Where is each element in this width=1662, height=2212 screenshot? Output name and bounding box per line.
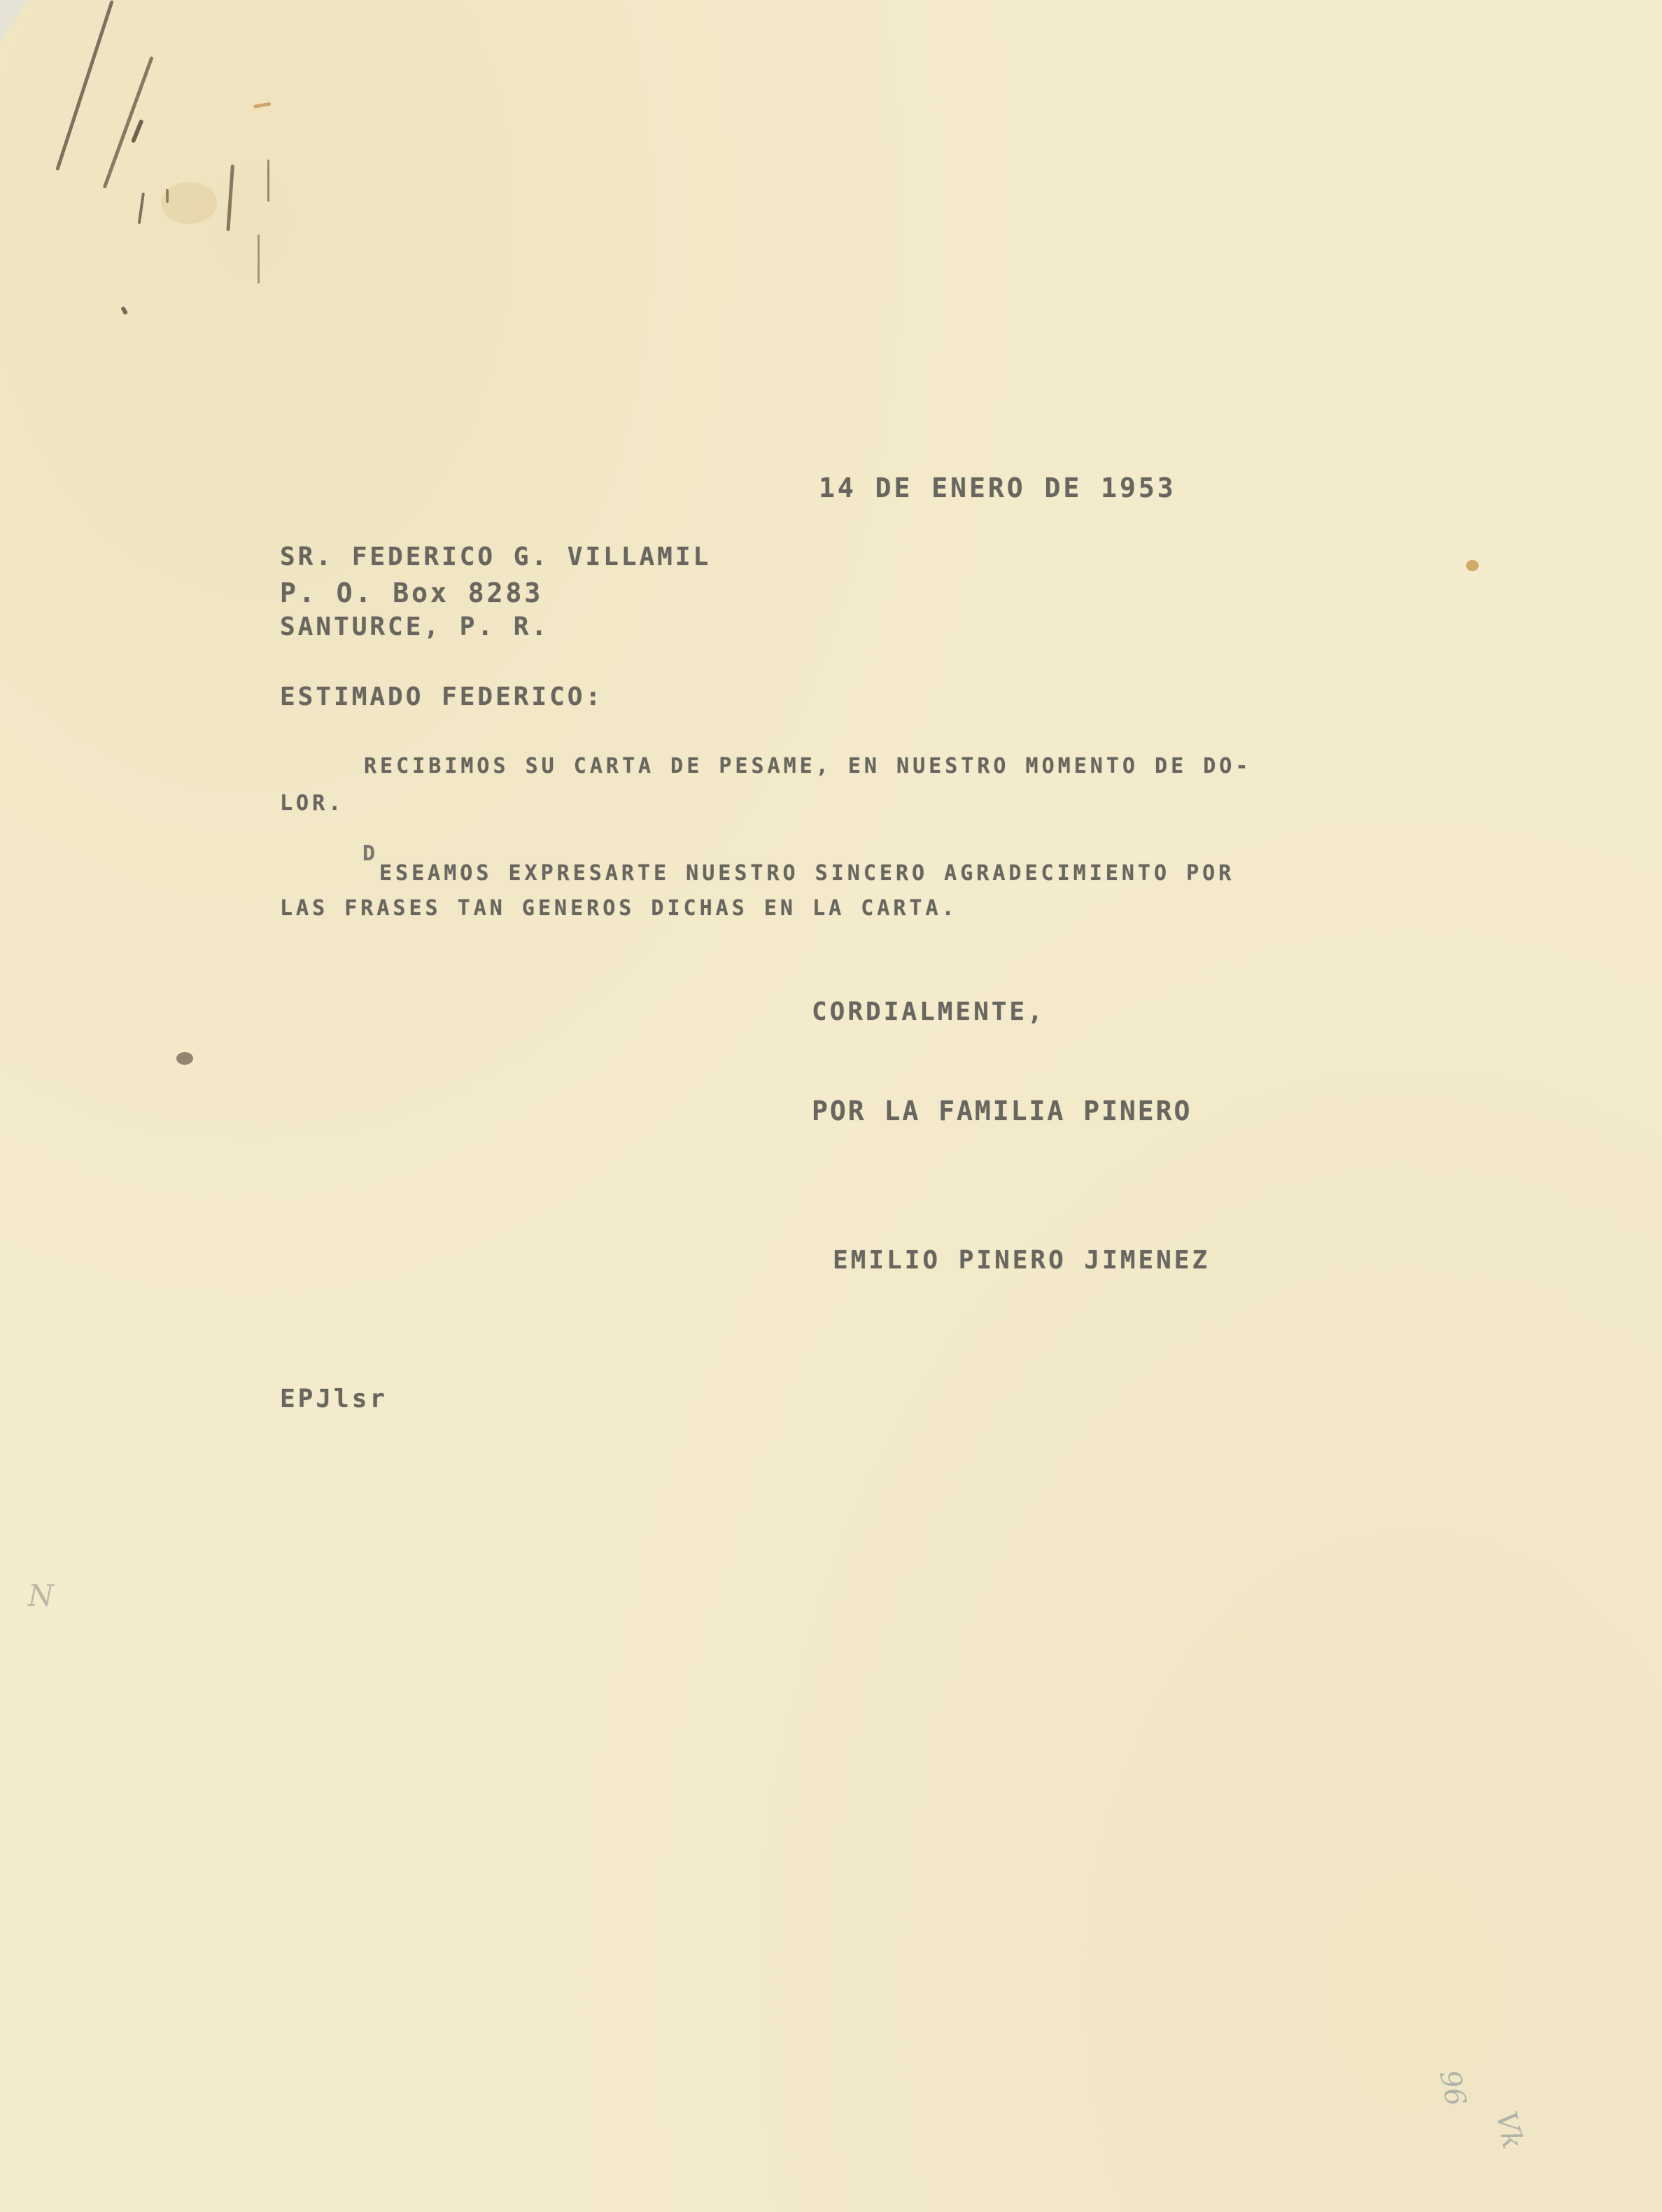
rust-stain <box>253 102 271 108</box>
signer-name: Emilio Pinero Jimenez <box>833 1246 1210 1275</box>
ink-stroke <box>267 160 269 202</box>
recipient-city: Santurce, P. R. <box>280 612 549 641</box>
pencil-annotation: 96 <box>1433 2067 1472 2108</box>
ink-stroke <box>120 306 128 315</box>
on-behalf-of: Por la Familia Pinero <box>812 1095 1192 1126</box>
closing: Cordialmente, <box>812 997 1045 1026</box>
corner-fold <box>0 0 28 42</box>
body-paragraph-2-line-2: las frases tan generos dichas en la cart… <box>280 896 958 920</box>
reference-initials: EPJlsr <box>280 1385 388 1413</box>
salutation: Estimado Federico: <box>280 682 603 711</box>
letter-date: 14 de enero de 1953 <box>819 472 1176 503</box>
dark-stain <box>176 1052 193 1065</box>
ink-stroke <box>138 192 145 224</box>
foxing-stain <box>161 182 217 224</box>
body-paragraph-2-initial: D <box>362 841 378 866</box>
recipient-po-box: P. O. Box 8283 <box>280 577 543 608</box>
recipient-name: Sr. Federico G. Villamil <box>280 542 711 571</box>
pencil-annotation: Vk <box>1490 2108 1529 2152</box>
rust-stain <box>1466 560 1479 571</box>
ink-stroke <box>131 119 144 143</box>
ink-stroke <box>258 234 260 283</box>
letter-page: 14 de enero de 1953 Sr. Federico G. Vill… <box>0 0 1662 2212</box>
body-paragraph-1-line-2: lor. <box>280 791 344 815</box>
ink-stroke <box>55 0 114 171</box>
ink-stroke <box>103 56 154 189</box>
pencil-mark: N <box>28 1578 54 1613</box>
body-paragraph-2-line-1: eseamos expresarte nuestro sincero agrad… <box>379 861 1234 885</box>
body-paragraph-1-line-1: Recibimos su carta de pesame, en nuestro… <box>364 754 1251 778</box>
ink-stroke <box>226 164 234 231</box>
